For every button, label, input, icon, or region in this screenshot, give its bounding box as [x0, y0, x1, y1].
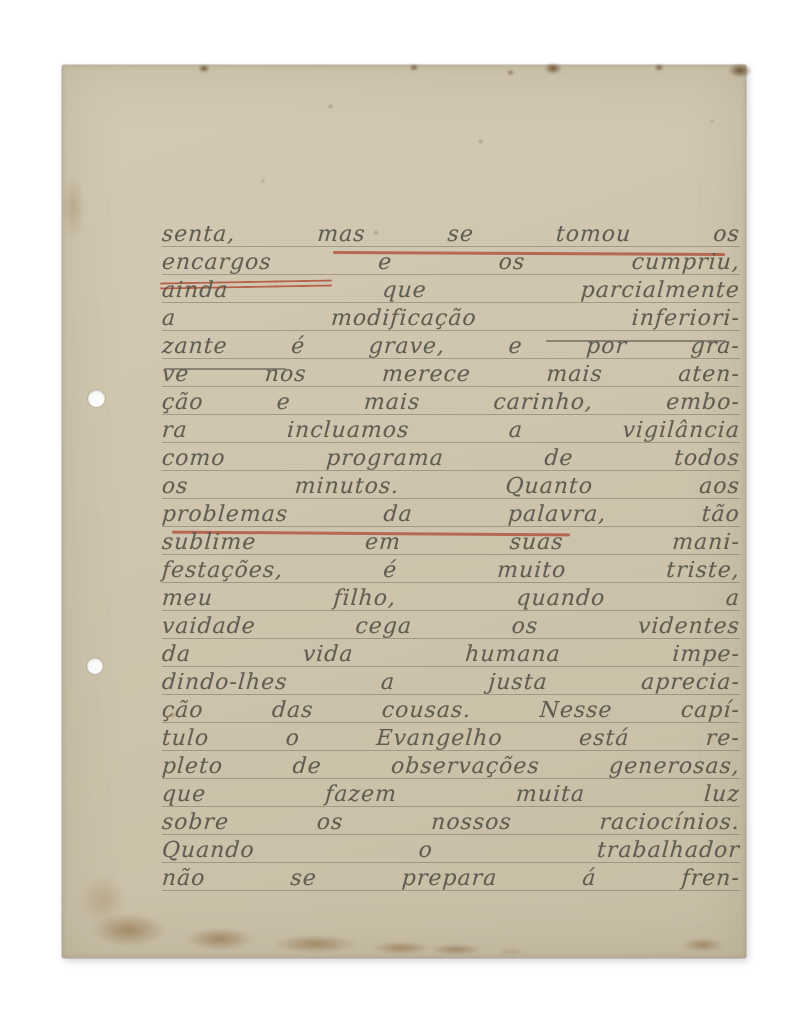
handwriting-word: Evangelho	[375, 727, 503, 751]
handwriting-word: de	[292, 755, 323, 779]
handwriting-word: carinho,	[493, 391, 594, 415]
handwriting-line: venosmerecemaisaten-	[161, 359, 741, 387]
speck-3	[478, 139, 483, 144]
handwriting-word: ra	[161, 419, 188, 443]
handwriting-line: encargoseoscumpriu,	[161, 247, 741, 275]
handwriting-word: justa	[488, 671, 549, 695]
handwriting-word: tão	[701, 503, 741, 527]
handwriting-word: cega	[355, 615, 413, 639]
handwriting-word: triste,	[665, 559, 740, 583]
handwriting-word: prepara	[401, 867, 498, 891]
handwriting-line: Quandootrabalhador	[161, 835, 741, 863]
handwriting-line: tulooEvangelhoestáre-	[161, 723, 741, 751]
handwriting-lines: senta,massetomouosencargoseoscumpriu,ain…	[162, 219, 740, 891]
handwriting-word: humana	[464, 643, 561, 667]
handwriting-word: Nesse	[539, 699, 614, 723]
handwriting-line: dindo-lhesajustaaprecia-	[161, 667, 741, 695]
handwriting-word: muito	[496, 559, 567, 583]
handwriting-word: videntes	[637, 615, 741, 639]
handwriting-word: meu	[161, 587, 214, 611]
handwriting-word: problemas	[161, 503, 289, 527]
handwriting-line: quefazemmuitaluz	[161, 779, 741, 807]
handwriting-word: impe-	[672, 643, 741, 667]
handwriting-word: embo-	[665, 391, 740, 415]
handwriting-line: çãodascousas.Nessecapí-	[161, 695, 741, 723]
handwriting-word: os	[511, 615, 539, 639]
handwriting-line: vaidadecegaosvidentes	[161, 611, 741, 639]
handwriting-word: e	[276, 391, 292, 415]
handwriting-word: mani-	[671, 531, 740, 555]
stain-bottom-1	[76, 907, 181, 953]
handwriting-line: çãoemaiscarinho,embo-	[161, 387, 741, 415]
handwriting-line: sobreosnossosraciocínios.	[161, 807, 741, 835]
handwriting-word: pleto	[161, 755, 224, 779]
stain-bottom-5	[420, 942, 492, 957]
handwriting-word: cousas.	[381, 699, 472, 723]
handwriting-line: davidahumanaimpe-	[161, 639, 741, 667]
speck-1	[328, 104, 333, 109]
handwriting-word: os	[498, 251, 526, 275]
handwriting-word: de	[544, 447, 575, 471]
stain-bottom-4	[360, 939, 442, 957]
handwriting-word: merece	[381, 363, 471, 387]
handwriting-word: Quando	[161, 839, 256, 863]
stain-top-1	[196, 63, 212, 74]
handwriting-word: gra-	[690, 335, 741, 359]
handwriting-word: ainda	[161, 279, 229, 303]
handwriting-word: vaidade	[161, 615, 257, 639]
handwriting-word: os	[161, 475, 189, 499]
handwriting-word: aprecia-	[640, 671, 740, 695]
handwriting-word: fazem	[324, 783, 397, 807]
handwriting-word: o	[285, 727, 301, 751]
handwriting-word: é	[382, 559, 398, 583]
handwriting-word: grave,	[368, 335, 446, 359]
handwriting-line: raincluamosavigilância	[161, 415, 741, 443]
handwriting-word: aten-	[677, 363, 740, 387]
handwriting-line: meufilho,quandoa	[161, 583, 741, 611]
handwriting-word: parcialmente	[580, 279, 741, 303]
handwriting-word: sublime	[161, 531, 257, 555]
punch-hole-top	[88, 390, 105, 407]
stain-left-edge-haze	[56, 160, 90, 255]
stain-top-2	[408, 63, 420, 72]
handwriting-word: mas	[316, 223, 366, 247]
handwriting-line: senta,massetomouos	[161, 219, 741, 247]
handwriting-word: senta,	[161, 223, 236, 247]
handwriting-word: nos	[264, 363, 307, 387]
handwriting-word: festações,	[161, 559, 284, 583]
handwriting-word: se	[290, 867, 318, 891]
punch-hole-bottom	[87, 658, 103, 674]
handwriting-word: trabalhador	[596, 839, 741, 863]
scan-background: { "document": { "kind": "handwritten man…	[0, 0, 808, 1024]
handwriting-word: e	[508, 335, 524, 359]
handwriting-word: não	[161, 867, 206, 891]
handwriting-word: inferiori-	[631, 307, 741, 331]
handwriting-word: incluamos	[286, 419, 410, 443]
handwriting-word: nossos	[430, 811, 512, 835]
handwriting-word: dindo-lhes	[161, 671, 288, 695]
handwriting-word: mais	[363, 391, 421, 415]
handwriting-word: minutos.	[294, 475, 400, 499]
handwriting-word: a	[508, 419, 524, 443]
handwriting-word: sobre	[161, 811, 230, 835]
handwriting-word: zante	[161, 335, 228, 359]
handwriting-word: capí-	[680, 699, 741, 723]
handwriting-word: tomou	[555, 223, 632, 247]
handwriting-line: zanteégrave,eporgra-	[161, 331, 741, 359]
handwriting-word: filho,	[333, 587, 397, 611]
handwriting-word: os	[712, 223, 740, 247]
stain-top-right-corner	[724, 61, 756, 80]
handwriting-word: programa	[325, 447, 444, 471]
stain-bottom-3	[258, 931, 373, 957]
handwriting-line: osminutos.Quantoaos	[161, 471, 741, 499]
handwriting-word: generosas,	[608, 755, 740, 779]
handwriting-word: das	[271, 699, 314, 723]
handwriting-word: o	[418, 839, 434, 863]
handwriting-line: problemasdapalavra,tão	[161, 499, 741, 527]
handwriting-word: muita	[515, 783, 586, 807]
manuscript-paper: senta,massetomouosencargoseoscumpriu,ain…	[62, 65, 746, 958]
handwriting-word: como	[161, 447, 226, 471]
stain-top-5	[653, 63, 665, 72]
handwriting-word: que	[382, 279, 428, 303]
handwriting-word: tulo	[161, 727, 210, 751]
handwriting-word: fren-	[681, 867, 741, 891]
stain-top-4	[541, 61, 565, 76]
handwriting-word: observações	[390, 755, 540, 779]
handwriting-word: a	[725, 587, 741, 611]
handwriting-word: palavra,	[507, 503, 607, 527]
handwriting-word: encargos	[161, 251, 272, 275]
handwriting-word: modificação	[330, 307, 477, 331]
stain-top-3	[506, 69, 515, 76]
handwriting-word: os	[316, 811, 344, 835]
handwriting-word: Quanto	[505, 475, 594, 499]
handwriting-line: festações,émuitotriste,	[161, 555, 741, 583]
handwriting-word: por	[585, 335, 628, 359]
handwriting-line: amodificaçãoinferiori-	[161, 303, 741, 331]
handwriting-word: re-	[705, 727, 741, 751]
handwriting-word: quando	[516, 587, 607, 611]
handwriting-word: da	[161, 643, 192, 667]
handwriting-line: pletodeobservaçõesgenerosas,	[161, 751, 741, 779]
handwriting-word: mais	[546, 363, 604, 387]
handwriting-word: vigilância	[622, 419, 741, 443]
handwriting-word: a	[161, 307, 177, 331]
stain-bottom-6	[490, 947, 532, 957]
handwriting-word: ção	[161, 699, 204, 723]
handwriting-line: aindaqueparcialmente	[161, 275, 741, 303]
handwriting-word: raciocínios.	[599, 811, 741, 835]
handwriting-word: é	[290, 335, 306, 359]
handwriting-word: a	[380, 671, 396, 695]
speck-2	[261, 179, 265, 183]
handwriting-word: aos	[698, 475, 740, 499]
speck-4	[710, 119, 714, 123]
handwriting-word: que	[161, 783, 207, 807]
handwriting-word: da	[383, 503, 414, 527]
stain-bottom-right	[674, 935, 732, 955]
handwriting-word: e	[377, 251, 393, 275]
stain-bottom-2	[172, 923, 267, 955]
handwriting-line: sublimeemsuasmani-	[161, 527, 741, 555]
handwriting-line: comoprogramadetodos	[161, 443, 741, 471]
handwriting-word: está	[578, 727, 630, 751]
stain-bottom-left-haze	[68, 865, 138, 935]
handwriting-word: cumpriu,	[631, 251, 741, 275]
handwriting-word: ve	[161, 363, 190, 387]
handwriting-word: suas	[509, 531, 565, 555]
handwriting-word: luz	[703, 783, 740, 807]
handwriting-word: á	[582, 867, 598, 891]
handwriting-word: em	[364, 531, 402, 555]
handwriting-word: todos	[673, 447, 740, 471]
handwriting-word: ção	[161, 391, 204, 415]
handwriting-line: nãosepreparaáfren-	[161, 863, 741, 891]
handwriting-word: se	[447, 223, 475, 247]
handwriting-word: vida	[302, 643, 354, 667]
